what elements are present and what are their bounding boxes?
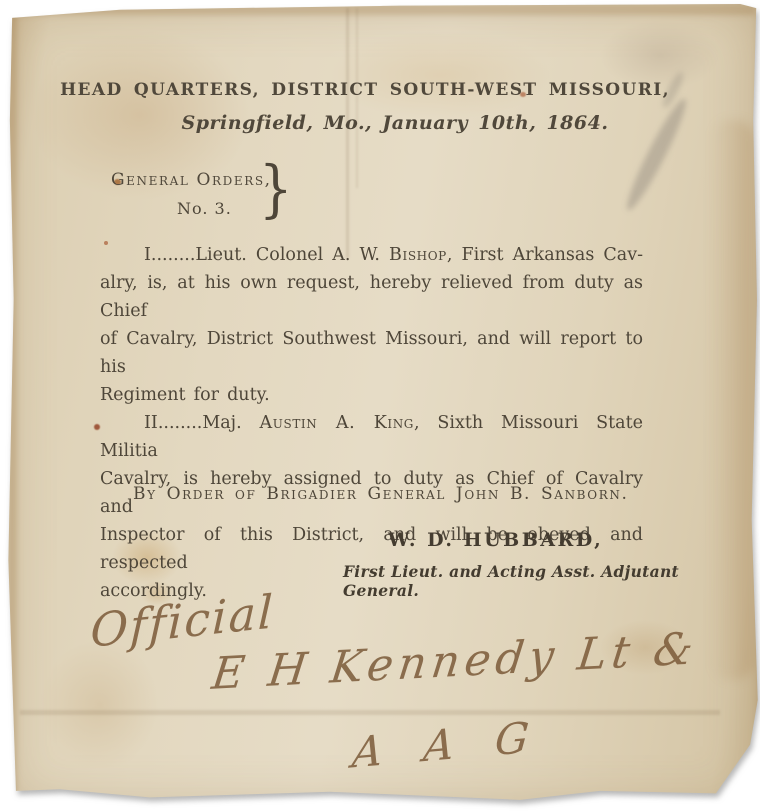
signature-title: First Lieut. and Acting Asst. Adjutant G… — [343, 562, 760, 600]
paper-shadow-wrap: HEAD QUARTERS, DISTRICT SOUTH-WEST MISSO… — [0, 0, 760, 812]
general-orders-label: General Orders, — [111, 170, 272, 190]
crease-horizontal — [20, 710, 720, 715]
order-text: of Cavalry, District Southwest Missouri,… — [100, 329, 643, 377]
by-order-line: By Order of Brigadier General John B. Sa… — [133, 484, 628, 504]
scan-background: HEAD QUARTERS, DISTRICT SOUTH-WEST MISSO… — [0, 0, 760, 812]
handwritten-signature: E H Kennedy Lt & — [209, 623, 701, 700]
order-line: of Cavalry, District Southwest Missouri,… — [100, 325, 643, 381]
handwritten-aag: A A G — [350, 711, 545, 777]
document-dateline: Springfield, Mo., January 10th, 1864. — [150, 112, 640, 134]
order-line: alry, is, at his own request, hereby rel… — [100, 269, 643, 325]
paper-rim-left — [8, 10, 17, 794]
order-text: Regiment for duty. — [100, 385, 270, 405]
order-text: II........Maj. — [144, 413, 260, 433]
order-line: Regiment for duty. — [100, 381, 643, 409]
general-orders-number: No. 3. — [177, 199, 232, 218]
stain — [330, 30, 550, 120]
order-paragraph: I........Lieut. Colonel A. W. Bishop, Fi… — [100, 241, 643, 409]
order-line: II........Maj. Austin A. King, Sixth Mis… — [100, 409, 643, 465]
document-paper: HEAD QUARTERS, DISTRICT SOUTH-WEST MISSO… — [0, 0, 760, 812]
person-name: Austin A. King — [260, 413, 414, 433]
signature-name: W. D. HUBBARD, — [388, 529, 603, 551]
document-header: HEAD QUARTERS, DISTRICT SOUTH-WEST MISSO… — [0, 80, 730, 100]
orders-brace: } — [259, 158, 293, 220]
person-name: Bishop — [389, 245, 447, 265]
order-text: I........Lieut. Colonel A. W. — [144, 245, 389, 265]
order-text: alry, is, at his own request, hereby rel… — [100, 273, 643, 321]
order-line: I........Lieut. Colonel A. W. Bishop, Fi… — [100, 241, 643, 269]
stain — [40, 640, 160, 770]
paper-rim-top — [10, 5, 755, 15]
order-text: , First Arkansas Cav- — [447, 245, 643, 265]
